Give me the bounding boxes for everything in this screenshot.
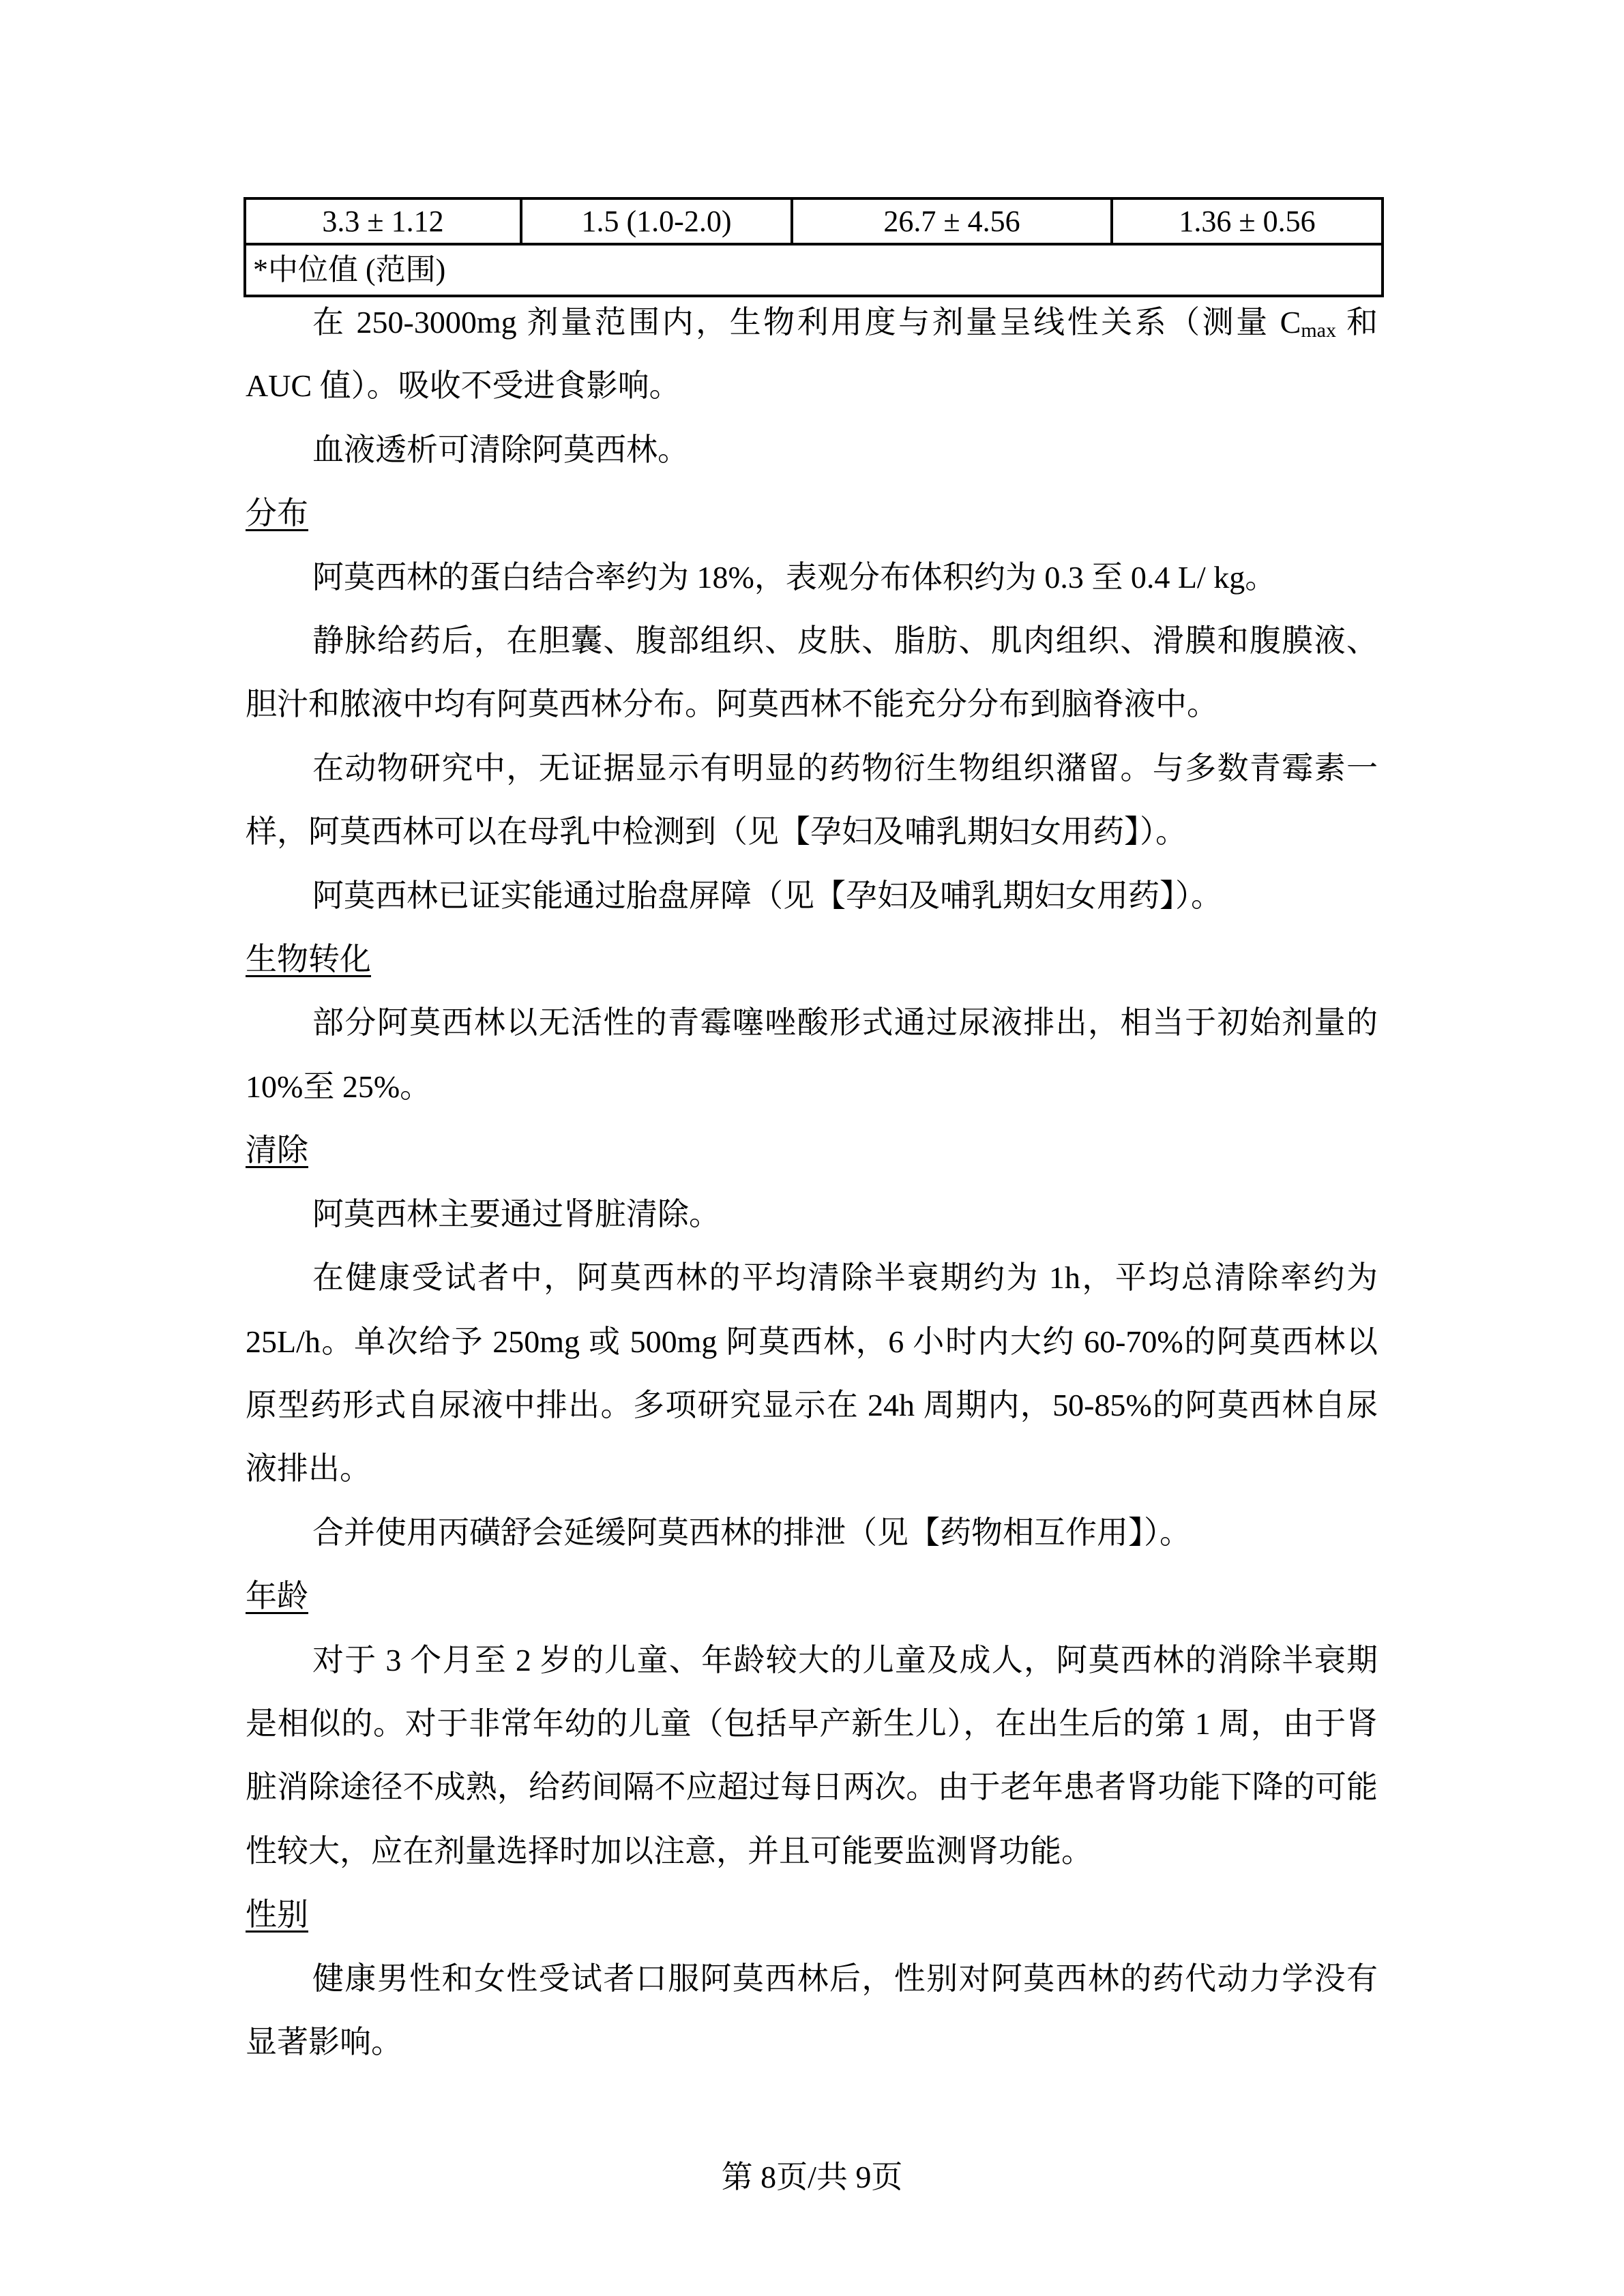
section-heading-elimination: 清除 — [246, 1118, 1378, 1182]
page-number: 第 8页/共 9页 — [0, 2160, 1624, 2194]
paragraph-gender: 健康男性和女性受试者口服阿莫西林后，性别对阿莫西林的药代动力学没有显著影响。 — [246, 1947, 1378, 2074]
paragraph-penicilloic-acid: 部分阿莫西林以无活性的青霉噻唑酸形式通过尿液排出，相当于初始剂量的 10%至 2… — [246, 991, 1378, 1118]
table-cell-tmax: 1.5 (1.0-2.0) — [521, 198, 792, 244]
table-cell-t-half-h: 1.36 ± 0.56 — [1112, 198, 1383, 244]
paragraph-age: 对于 3 个月至 2 岁的儿童、年龄较大的儿童及成人，阿莫西林的消除半衰期是相似… — [246, 1628, 1378, 1883]
paragraph-iv-distribution: 静脉给药后，在胆囊、腹部组织、皮肤、脂肪、肌肉组织、滑膜和腹膜液、胆汁和脓液中均… — [246, 609, 1378, 736]
paragraph-protein-binding: 阿莫西林的蛋白结合率约为 18%，表观分布体积约为 0.3 至 0.4 L/ k… — [246, 546, 1378, 609]
table-cell-auc: 26.7 ± 4.56 — [792, 198, 1112, 244]
paragraph-hemodialysis: 血液透析可清除阿莫西林。 — [246, 418, 1378, 481]
paragraph-half-life: 在健康受试者中，阿莫西林的平均清除半衰期约为 1h，平均总清除率约为 25L/h… — [246, 1246, 1378, 1501]
body-text: 在 250-3000mg 剂量范围内，生物利用度与剂量呈线性关系（测量 Cmax… — [246, 290, 1378, 2074]
table-cell-t-half: 3.3 ± 1.12 — [245, 198, 521, 244]
section-heading-biotransformation: 生物转化 — [246, 927, 1378, 991]
paragraph-bioavailability: 在 250-3000mg 剂量范围内，生物利用度与剂量呈线性关系（测量 Cmax… — [246, 290, 1378, 418]
paragraph-placenta: 阿莫西林已证实能通过胎盘屏障（见【孕妇及哺乳期妇女用药】）。 — [246, 864, 1378, 927]
paragraph-probenecid: 合并使用丙磺舒会延缓阿莫西林的排泄（见【药物相互作用】）。 — [246, 1501, 1378, 1564]
section-heading-distribution: 分布 — [246, 481, 1378, 545]
table-footnote: *中位值 (范围) — [245, 244, 1383, 296]
subscript-max: max — [1301, 319, 1336, 342]
document-page: 3.3 ± 1.12 1.5 (1.0-2.0) 26.7 ± 4.56 1.3… — [0, 0, 1624, 2296]
table-row: 3.3 ± 1.12 1.5 (1.0-2.0) 26.7 ± 4.56 1.3… — [245, 198, 1383, 244]
text-run: 在 250-3000mg 剂量范围内，生物利用度与剂量呈线性关系（测量 C — [312, 305, 1301, 340]
pharmacokinetics-table: 3.3 ± 1.12 1.5 (1.0-2.0) 26.7 ± 4.56 1.3… — [243, 197, 1384, 297]
section-heading-gender: 性别 — [246, 1883, 1378, 1946]
section-heading-age: 年龄 — [246, 1564, 1378, 1628]
table-note-row: *中位值 (范围) — [245, 244, 1383, 296]
paragraph-animal-studies: 在动物研究中，无证据显示有明显的药物衍生物组织潴留。与多数青霉素一样，阿莫西林可… — [246, 736, 1378, 864]
paragraph-renal-clearance: 阿莫西林主要通过肾脏清除。 — [246, 1182, 1378, 1246]
